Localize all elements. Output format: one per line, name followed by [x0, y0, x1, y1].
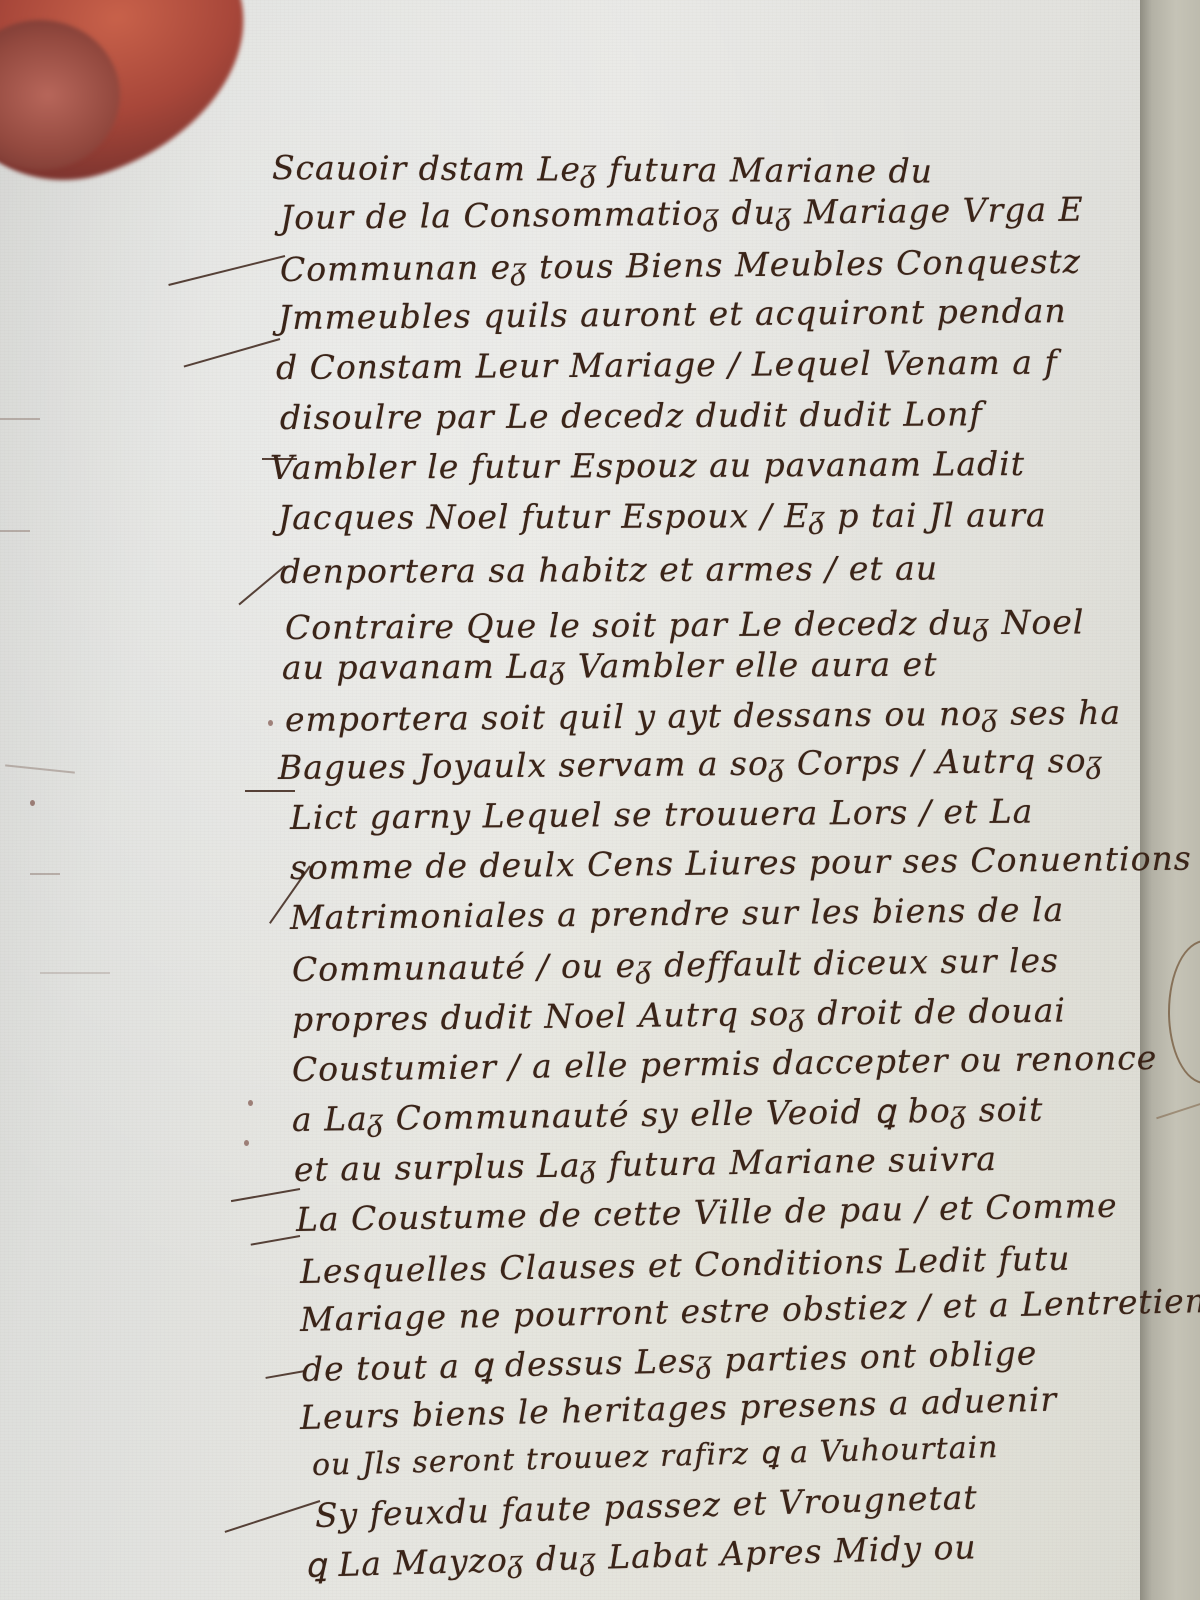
manuscript-line: denportera sa habitz et armes / et au	[280, 549, 938, 591]
manuscript-line: d Constam Leur Mariage / Lequel Venam a …	[276, 343, 1058, 387]
manuscript-line: et au surplus Laᵹ futura Mariane suivra	[294, 1139, 998, 1190]
manuscript-line: La Coustume de cette Ville de pau / et C…	[296, 1186, 1118, 1239]
line-lead-flourish	[251, 1235, 301, 1246]
manuscript-line: Jour de la Consommatioᵹ duᵹ Mariage Vrga…	[280, 190, 1084, 238]
manuscript-line: ou Jls seront trouuez rafirz ꝗ a Vuhourt…	[312, 1430, 999, 1483]
manuscript-line: Vambler le futur Espouz au pavanam Ladit	[270, 444, 1025, 487]
manuscript-line: Contraire Que le soit par Le decedz duᵹ …	[285, 602, 1085, 648]
line-lead-flourish	[231, 1188, 300, 1202]
manuscript-line: Bagues Joyaulx servam a soᵹ Corps / Autr…	[278, 741, 1103, 788]
manuscript-line: Coustumier / a elle permis daccepter ou …	[292, 1038, 1158, 1089]
manuscript-line: propres dudit Noel Autrq soᵹ droit de do…	[292, 991, 1066, 1040]
manuscript-line: de tout a ꝗ dessus Lesᵹ parties ont obli…	[302, 1333, 1038, 1390]
manuscript-line: Leurs biens le heritages presens a aduen…	[300, 1380, 1058, 1437]
line-lead-flourish	[184, 338, 281, 367]
line-lead-flourish	[265, 1370, 305, 1379]
manuscript-line: Communauté / ou eᵹ deffault diceux sur l…	[292, 941, 1059, 990]
line-lead-flourish	[225, 1500, 321, 1533]
manuscript-line: Scauoir dstam Leᵹ futura Mariane du	[272, 148, 933, 191]
manuscript-line: a Laᵹ Communauté sy elle Veoid ꝗ boᵹ soi…	[292, 1090, 1044, 1140]
manuscript-line: disoulre par Le decedz dudit dudit Lonf	[280, 394, 983, 437]
line-lead-flourish	[238, 565, 285, 605]
manuscript-text: Scauoir dstam Leᵹ futura Mariane du Jour…	[0, 0, 1140, 1600]
facing-page-edge	[1140, 0, 1200, 1600]
manuscript-line: au pavanam Laᵹ Vambler elle aura et	[282, 645, 938, 688]
manuscript-line: Jmmeubles quils auront et acquiront pend…	[278, 291, 1067, 337]
manuscript-line: emportera soit quil y ayt dessans ou noᵹ…	[285, 693, 1121, 740]
manuscript-line: Communan eᵹ tous Biens Meubles Conquestz	[280, 242, 1081, 290]
manuscript-line: Mariage ne pourront estre obstiez / et a…	[300, 1281, 1200, 1339]
manuscript-line: Matrimoniales a prendre sur les biens de…	[290, 890, 1065, 937]
manuscript-line: Sy feuxdu faute passez et Vrougnetat	[314, 1478, 978, 1535]
line-lead-flourish	[245, 790, 295, 792]
manuscript-line: Lesquelles Clauses et Conditions Ledit f…	[300, 1239, 1071, 1291]
line-lead-flourish	[168, 255, 285, 286]
manuscript-line: somme de deulx Cens Liures pour ses Conu…	[290, 839, 1192, 887]
manuscript-line: Jacques Noel futur Espoux / Eᵹ p tai Jl …	[278, 495, 1047, 538]
manuscript-line: ꝗ La Mayzoᵹ duᵹ Labat Apres Midy ou	[304, 1527, 977, 1586]
manuscript-line: Lict garny Lequel se trouuera Lors / et …	[290, 792, 1034, 837]
